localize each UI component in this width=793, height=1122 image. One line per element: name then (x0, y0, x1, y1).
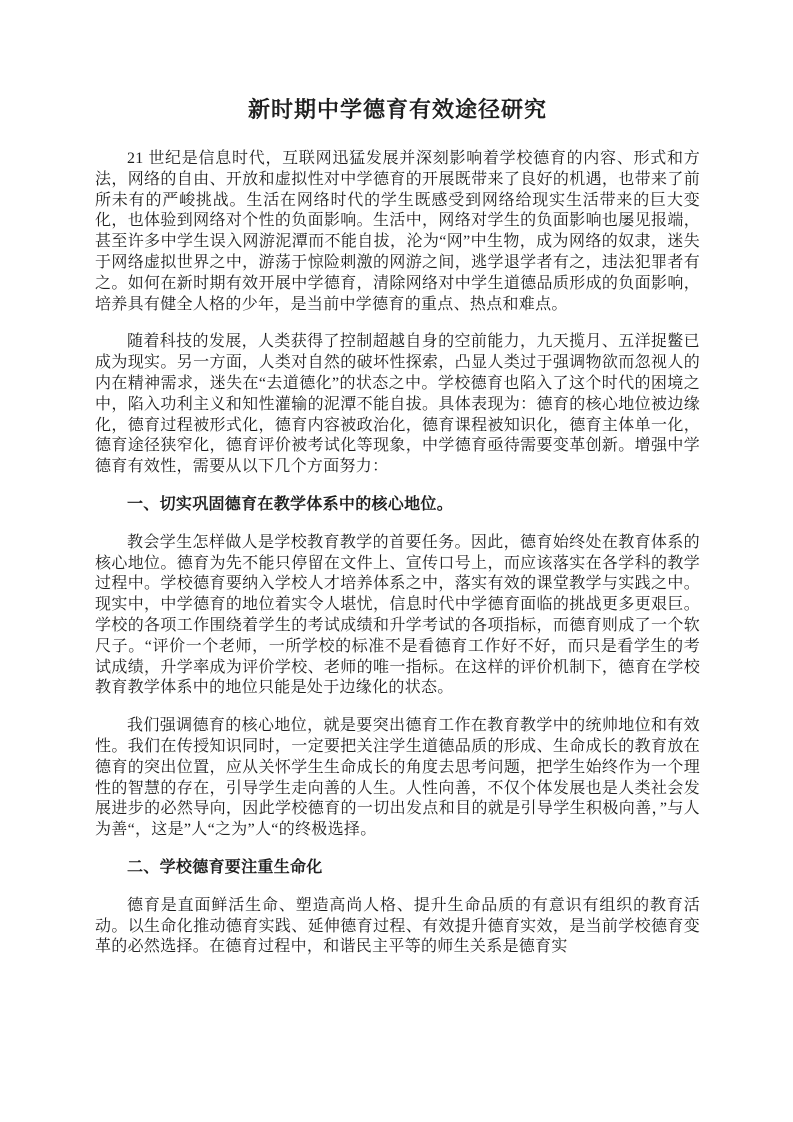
paragraph-core-position: 教会学生怎样做人是学校教育教学的首要任务。因此，德育始终处在教育体系的核心地位。… (95, 533, 700, 699)
paragraph-intro-internet-era: 21 世纪是信息时代，互联网迅猛发展并深刻影响着学校德育的内容、形式和方法，网络… (95, 149, 700, 315)
document-title: 新时期中学德育有效途径研究 (95, 95, 700, 125)
section-heading-2: 二、学校德育要注重生命化 (95, 858, 700, 879)
paragraph-emphasize-moral-education: 我们强调德育的核心地位，就是要突出德育工作在教育教学中的统帅地位和有效性。我们在… (95, 716, 700, 841)
section-heading-1: 一、切实巩固德育在教学体系中的核心地位。 (95, 495, 700, 516)
paragraph-tech-development: 随着科技的发展，人类获得了控制超越自身的空前能力，九天揽月、五洋捉鳖已成为现实。… (95, 332, 700, 478)
document-page: 新时期中学德育有效途径研究 21 世纪是信息时代，互联网迅猛发展并深刻影响着学校… (0, 0, 793, 1122)
paragraph-life-oriented-education: 德育是直面鲜活生命、塑造高尚人格、提升生命品质的有意识有组织的教育活动。以生命化… (95, 896, 700, 958)
